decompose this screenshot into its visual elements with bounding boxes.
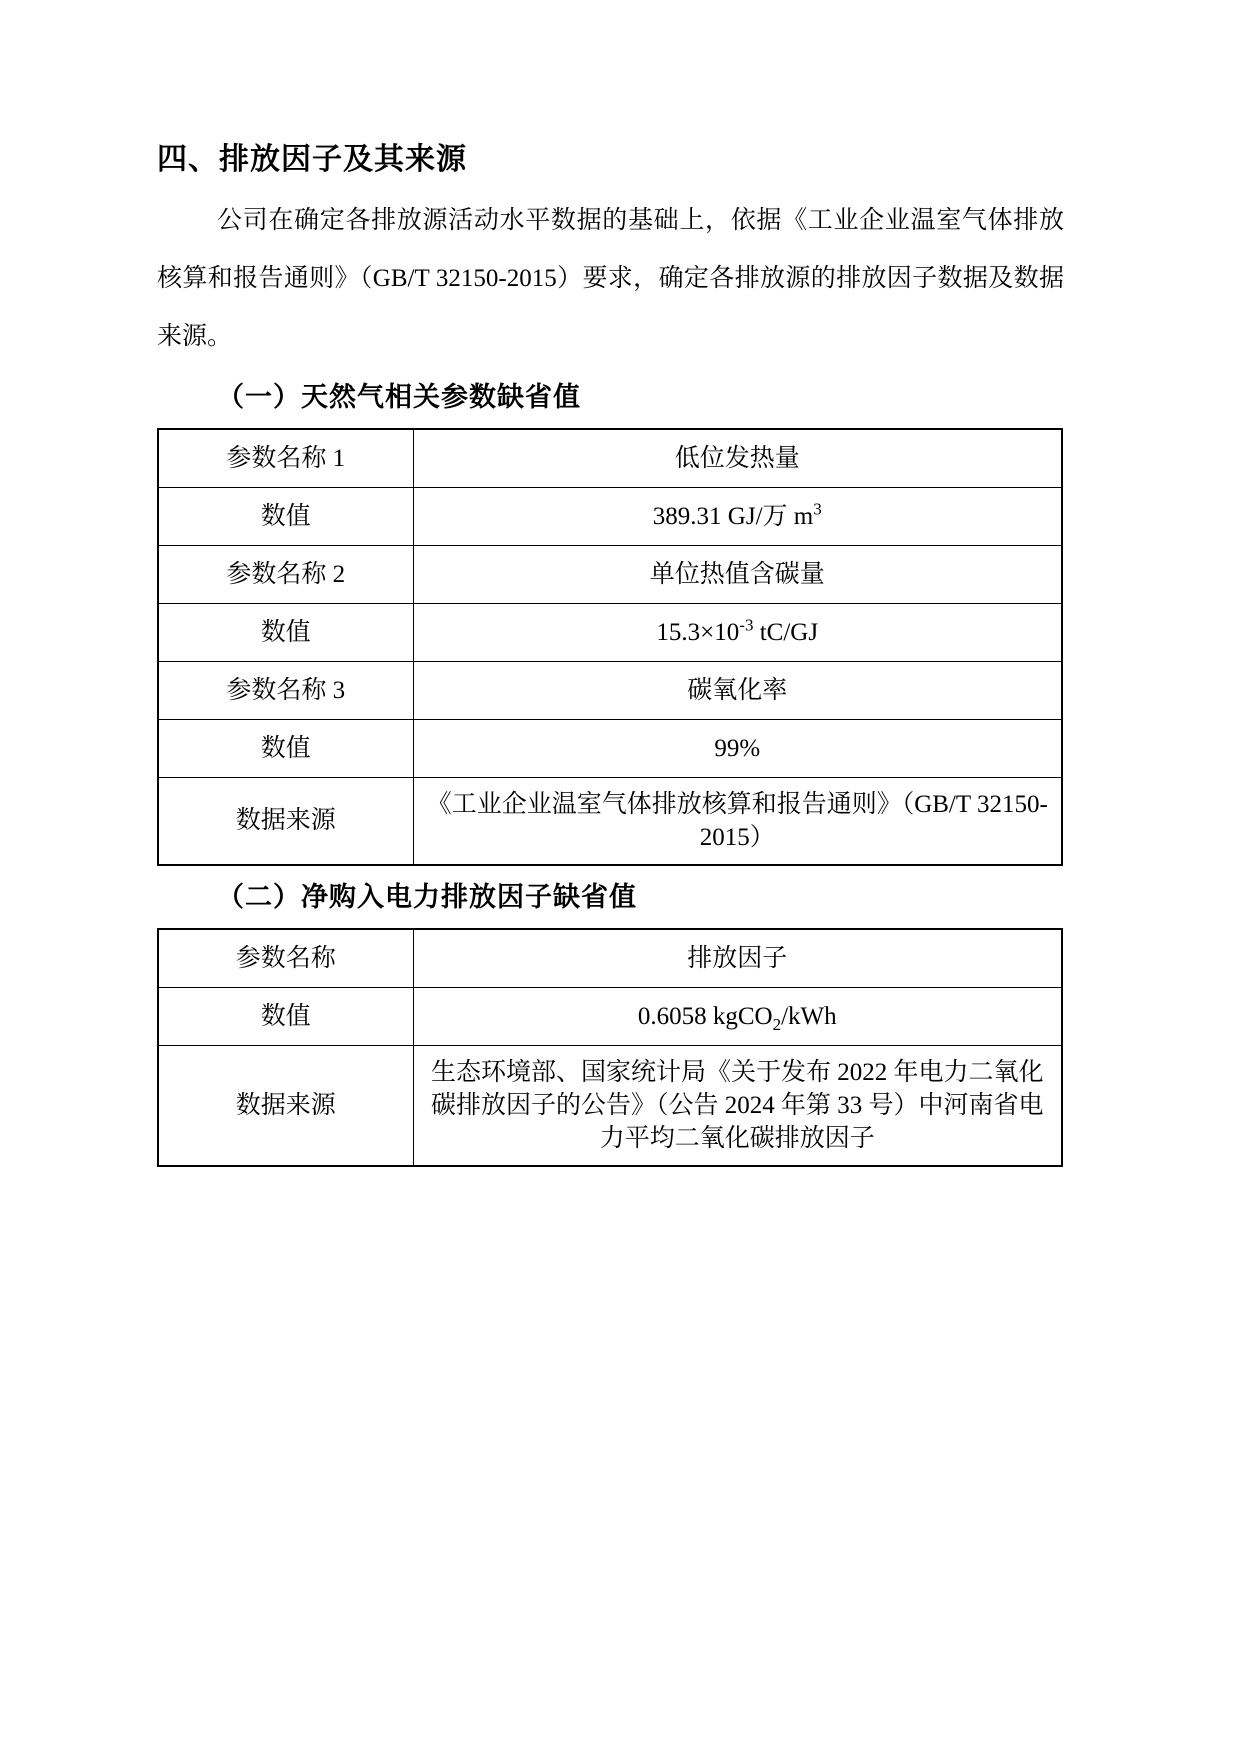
doc-title: 四、排放因子及其来源 <box>157 142 1064 178</box>
superscript: -3 <box>739 615 753 634</box>
table-row: 数值 389.31 GJ/万 m3 <box>158 488 1062 546</box>
table-row: 数值 15.3×10-3 tC/GJ <box>158 604 1062 662</box>
param-value-cell: 单位热值含碳量 <box>413 546 1062 604</box>
table-row: 参数名称 3 碳氧化率 <box>158 662 1062 720</box>
table-row: 数值 99% <box>158 720 1062 778</box>
natural-gas-params-table: 参数名称 1 低位发热量 数值 389.31 GJ/万 m3 参数名称 2 单位… <box>157 428 1063 866</box>
param-value-cell: 99% <box>413 720 1062 778</box>
param-name-cell: 数值 <box>158 988 413 1046</box>
param-value-cell: 389.31 GJ/万 m3 <box>413 488 1062 546</box>
param-name-cell: 数值 <box>158 720 413 778</box>
value-text: tC/GJ <box>753 619 818 646</box>
param-value-cell: 生态环境部、国家统计局《关于发布 2022 年电力二氧化碳排放因子的公告》（公告… <box>413 1046 1062 1167</box>
param-name-cell: 数据来源 <box>158 1046 413 1167</box>
param-value-cell: 15.3×10-3 tC/GJ <box>413 604 1062 662</box>
param-value-cell: 低位发热量 <box>413 429 1062 488</box>
subscript: 2 <box>773 1015 782 1034</box>
value-text: /kWh <box>781 1003 837 1030</box>
table-row: 数据来源 生态环境部、国家统计局《关于发布 2022 年电力二氧化碳排放因子的公… <box>158 1046 1062 1167</box>
value-text: 0.6058 kgCO <box>638 1003 773 1030</box>
table-row: 参数名称 排放因子 <box>158 929 1062 988</box>
param-value-cell: 碳氧化率 <box>413 662 1062 720</box>
param-name-cell: 数值 <box>158 604 413 662</box>
value-text: 15.3×10 <box>656 619 739 646</box>
param-value-cell: 排放因子 <box>413 929 1062 988</box>
table-row: 参数名称 2 单位热值含碳量 <box>158 546 1062 604</box>
intro-paragraph: 公司在确定各排放源活动水平数据的基础上，依据《工业企业温室气体排放核算和报告通则… <box>157 192 1064 366</box>
document-page: 四、排放因子及其来源 公司在确定各排放源活动水平数据的基础上，依据《工业企业温室… <box>0 0 1241 1754</box>
table-row: 参数名称 1 低位发热量 <box>158 429 1062 488</box>
section-1-heading: （一）天然气相关参数缺省值 <box>217 380 1064 414</box>
section-2-heading: （二）净购入电力排放因子缺省值 <box>217 880 1064 914</box>
value-text: 389.31 GJ/万 m <box>653 503 813 530</box>
param-name-cell: 参数名称 1 <box>158 429 413 488</box>
param-value-cell: 0.6058 kgCO2/kWh <box>413 988 1062 1046</box>
table-row: 数据来源 《工业企业温室气体排放核算和报告通则》（GB/T 32150-2015… <box>158 778 1062 866</box>
param-name-cell: 数据来源 <box>158 778 413 866</box>
param-name-cell: 参数名称 <box>158 929 413 988</box>
table-row: 数值 0.6058 kgCO2/kWh <box>158 988 1062 1046</box>
param-name-cell: 参数名称 2 <box>158 546 413 604</box>
param-value-cell: 《工业企业温室气体排放核算和报告通则》（GB/T 32150-2015） <box>413 778 1062 866</box>
param-name-cell: 参数名称 3 <box>158 662 413 720</box>
electricity-factor-table: 参数名称 排放因子 数值 0.6058 kgCO2/kWh 数据来源 生态环境部… <box>157 928 1063 1167</box>
param-name-cell: 数值 <box>158 488 413 546</box>
superscript: 3 <box>813 499 822 518</box>
